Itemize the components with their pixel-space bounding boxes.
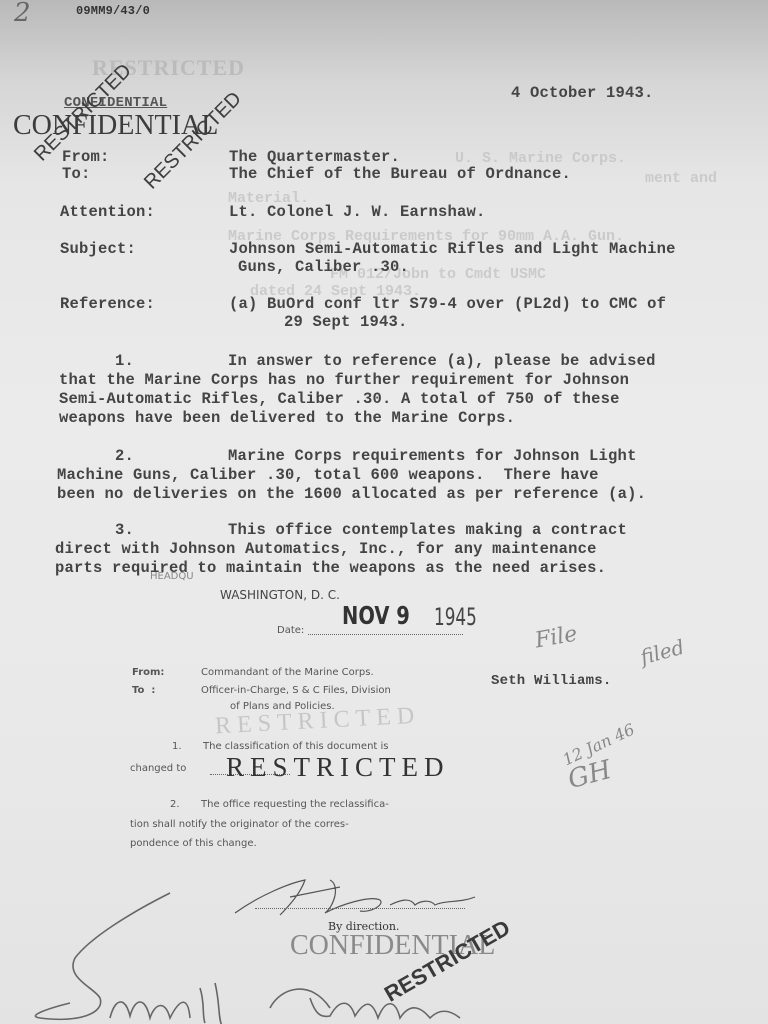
item-2-line-3: pondence of this change.: [130, 838, 257, 849]
reference-label: Reference:: [60, 295, 155, 313]
handwritten-file-note: File: [533, 622, 579, 654]
paragraph-2-line: Marine Corps requirements for Johnson Li…: [228, 447, 637, 465]
subject-line-1: Johnson Semi-Automatic Rifles and Light …: [229, 240, 676, 258]
date-label: Date:: [277, 625, 304, 636]
headquarters-fragment: HEADQU: [150, 571, 194, 582]
item-2-line-2: tion shall notify the originator of the …: [130, 819, 349, 830]
item-1-number: 1.: [172, 741, 182, 752]
form-to-value-1: Officer-in-Charge, S & C Files, Division: [201, 685, 391, 696]
paragraph-3-number: 3.: [115, 521, 134, 539]
ghost-line: ment and: [645, 170, 717, 187]
form-from-label: From:: [132, 667, 164, 678]
file-number: 09MM9/43/0: [76, 4, 150, 18]
to-value: The Chief of the Bureau of Ordnance.: [229, 165, 571, 183]
paragraph-2-line: Machine Guns, Caliber .30, total 600 wea…: [57, 466, 599, 484]
date-stamp-month-day: NOV 9: [342, 601, 410, 630]
attention-value: Lt. Colonel J. W. Earnshaw.: [229, 203, 486, 221]
paragraph-2-number: 2.: [115, 447, 134, 465]
from-value: The Quartermaster.: [229, 148, 400, 166]
attention-label: Attention:: [60, 203, 155, 221]
form-from-value: Commandant of the Marine Corps.: [201, 667, 374, 678]
new-classification: RESTRICTED: [226, 752, 450, 783]
paragraph-3-line: parts required to maintain the weapons a…: [55, 559, 606, 577]
paragraph-1-number: 1.: [115, 352, 134, 370]
handwritten-filed-note: filed: [638, 635, 687, 670]
item-1-text: The classification of this document is: [203, 741, 389, 752]
paragraph-1-line: that the Marine Corps has no further req…: [59, 371, 629, 389]
form-to-label: To :: [132, 685, 155, 696]
paragraph-1-line: weapons have been delivered to the Marin…: [59, 409, 515, 427]
paragraph-1-line: In answer to reference (a), please be ad…: [228, 352, 656, 370]
handwritten-signature: [10, 888, 480, 1024]
paragraph-2-line: been no deliveries on the 1600 allocated…: [57, 485, 646, 503]
from-label: From:: [62, 148, 110, 166]
to-label: To:: [62, 165, 91, 183]
item-1-changed-to: changed to: [130, 763, 186, 774]
paragraph-3-line: direct with Johnson Automatics, Inc., fo…: [55, 540, 597, 558]
date-stamp-year: 1945: [434, 603, 477, 631]
form-location: WASHINGTON, D. C.: [220, 588, 340, 602]
subject-line-2: Guns, Caliber .30.: [238, 258, 409, 276]
signatory-name: Seth Williams.: [491, 673, 611, 689]
reference-line-1: (a) BuOrd conf ltr S79-4 over (PL2d) to …: [229, 295, 666, 313]
paragraph-3-line: This office contemplates making a contra…: [228, 521, 627, 539]
subject-label: Subject:: [60, 240, 136, 258]
reference-line-2: 29 Sept 1943.: [284, 313, 408, 331]
item-2-number: 2.: [170, 799, 180, 810]
memo-date: 4 October 1943.: [511, 84, 654, 102]
item-2-line-1: The office requesting the reclassifica-: [201, 799, 389, 810]
handwritten-mark: 2: [14, 0, 31, 28]
paragraph-1-line: Semi-Automatic Rifles, Caliber .30. A to…: [59, 390, 620, 408]
date-dotted-line: [308, 634, 463, 635]
